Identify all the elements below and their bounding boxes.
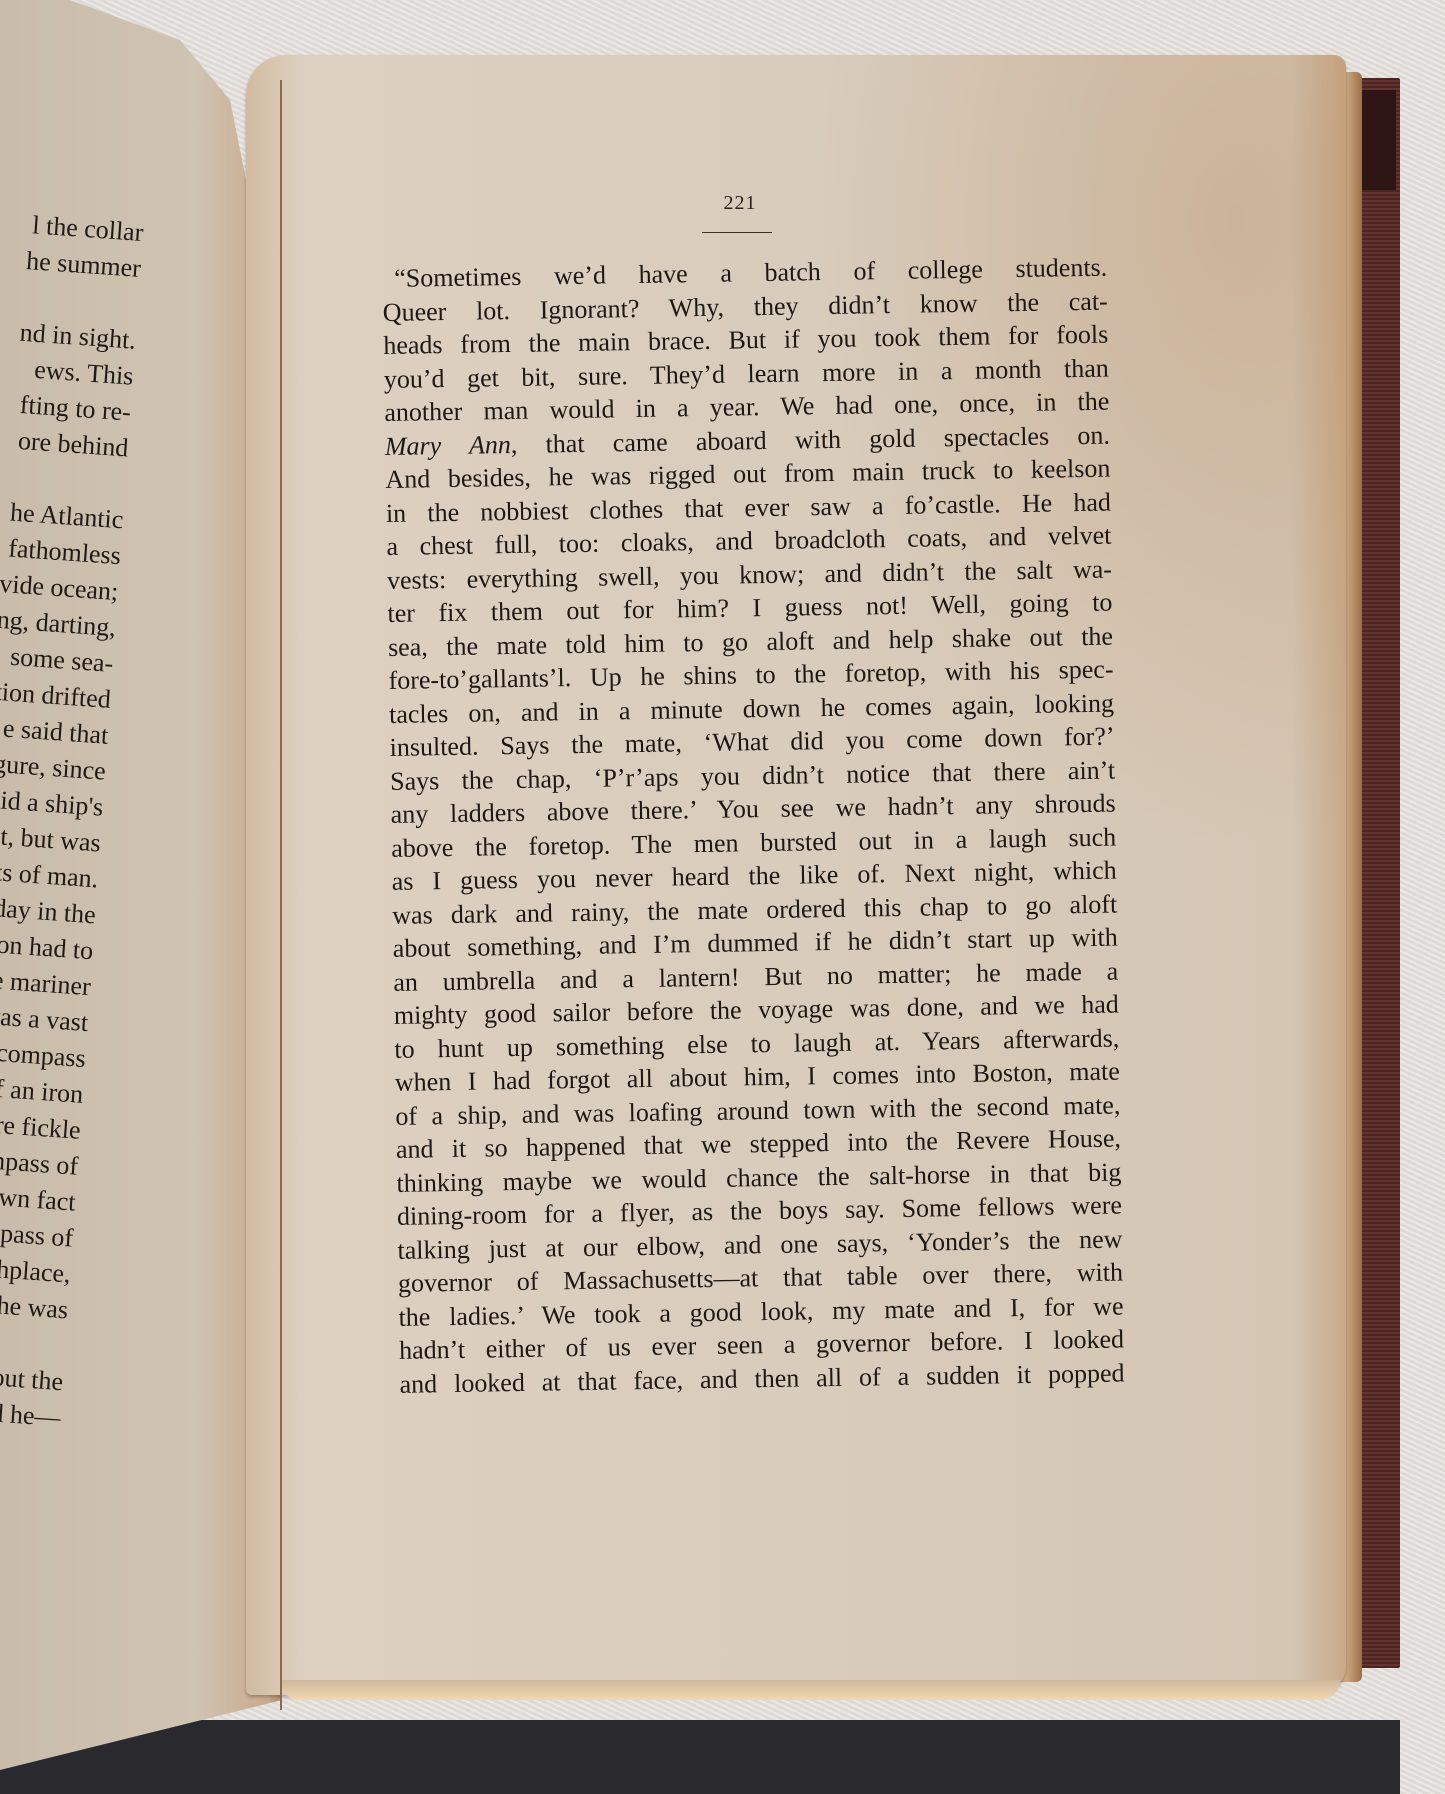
- binding-corner: [1360, 90, 1396, 190]
- right-page-text: “Sometimes we’d have a batch of college …: [382, 251, 1125, 1401]
- page-number-rule: [702, 232, 772, 233]
- page-number: 221: [700, 192, 780, 215]
- book-shadow: [0, 1720, 1400, 1794]
- page-bottom-edge: [280, 1680, 1340, 1700]
- book-gutter: [280, 80, 282, 1710]
- ship-name: Mary Ann: [385, 430, 511, 461]
